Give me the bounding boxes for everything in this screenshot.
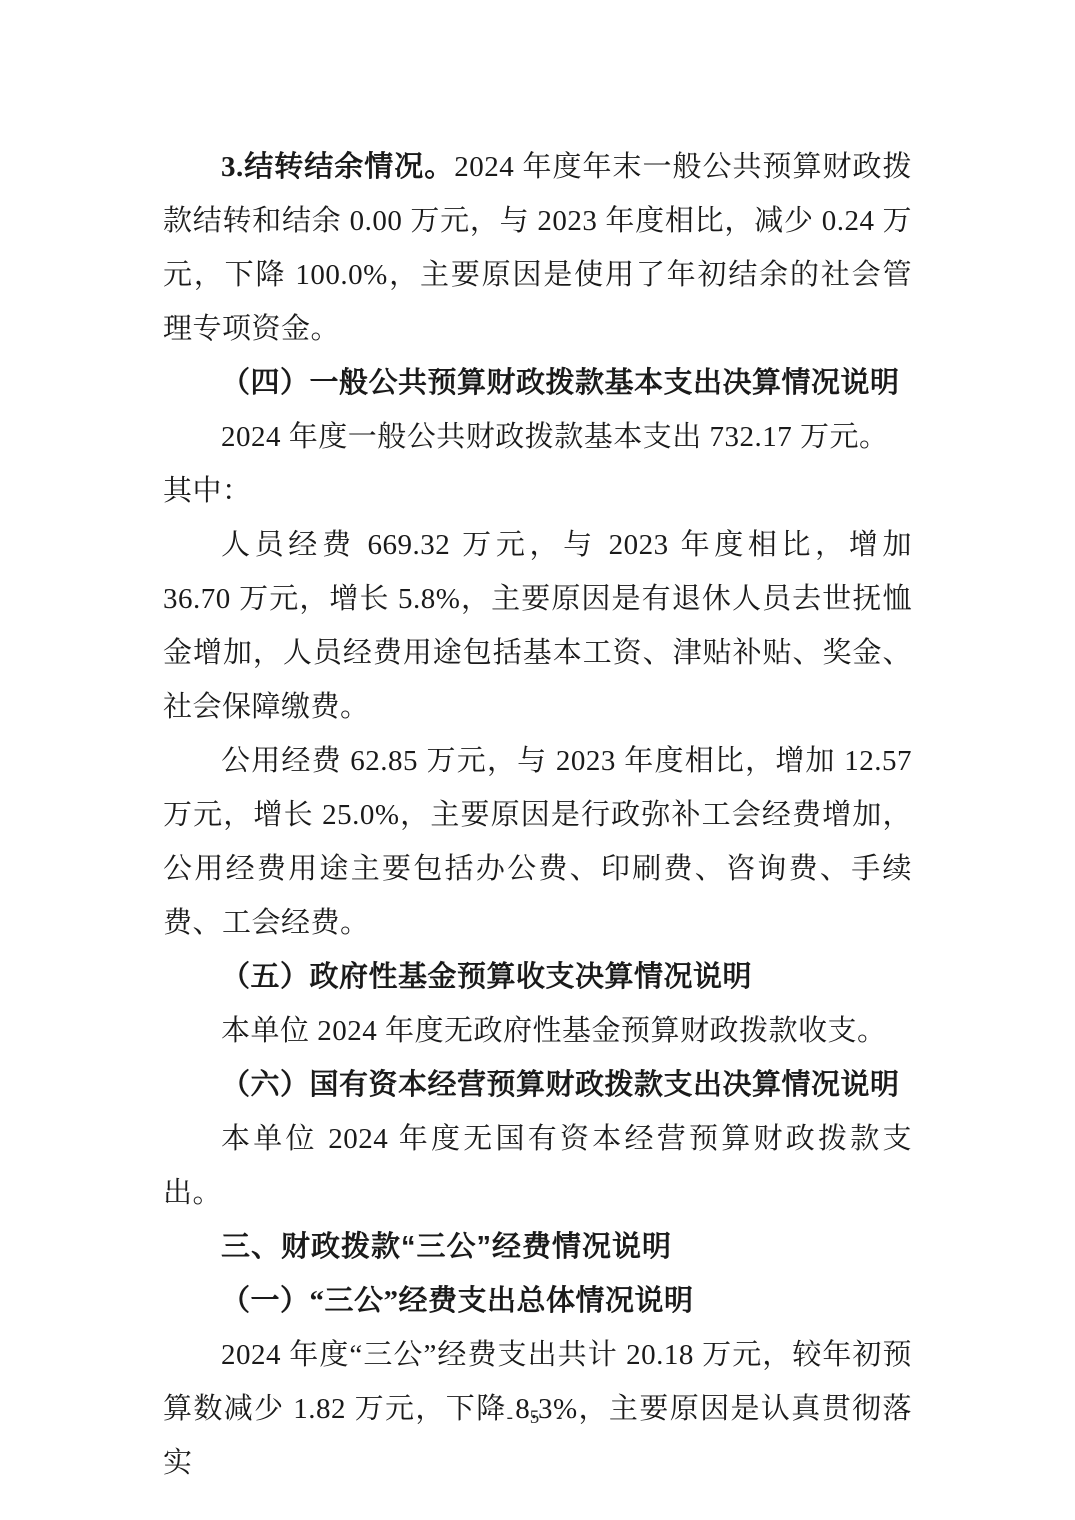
paragraph-state-capital-none: 本单位 2024 年度无国有资本经营预算财政拨款支出。 [163, 1112, 912, 1220]
paragraph-carryover-balance: 3.结转结余情况。2024 年度年末一般公共预算财政拨款结转和结余 0.00 万… [163, 140, 912, 356]
paragraph-gov-fund-none: 本单位 2024 年度无政府性基金预算财政拨款收支。 [163, 1004, 912, 1058]
heading-part3-three-public: 三、财政拨款“三公”经费情况说明 [163, 1220, 912, 1274]
page-number-footer: - 5 - [0, 1404, 1075, 1432]
paragraph-personnel-funds: 人员经费 669.32 万元，与 2023 年度相比，增加 36.70 万元，增… [163, 518, 912, 734]
paragraph-among-which: 其中： [163, 464, 912, 518]
paragraph-public-funds: 公用经费 62.85 万元，与 2023 年度相比，增加 12.57 万元，增长… [163, 734, 912, 950]
paragraph-basic-expense-total: 2024 年度一般公共财政拨款基本支出 732.17 万元。 [163, 410, 912, 464]
document-page: 3.结转结余情况。2024 年度年末一般公共预算财政拨款结转和结余 0.00 万… [0, 0, 1075, 1520]
heading-section5-gov-fund: （五）政府性基金预算收支决算情况说明 [163, 950, 912, 1004]
heading-part3-1-overall: （一）“三公”经费支出总体情况说明 [163, 1274, 912, 1328]
heading-section4-basic-expense: （四）一般公共预算财政拨款基本支出决算情况说明 [163, 356, 912, 410]
document-body: 3.结转结余情况。2024 年度年末一般公共预算财政拨款结转和结余 0.00 万… [163, 140, 912, 1490]
paragraph-carryover-lead: 3.结转结余情况。 [221, 151, 454, 183]
heading-section6-state-capital: （六）国有资本经营预算财政拨款支出决算情况说明 [163, 1058, 912, 1112]
